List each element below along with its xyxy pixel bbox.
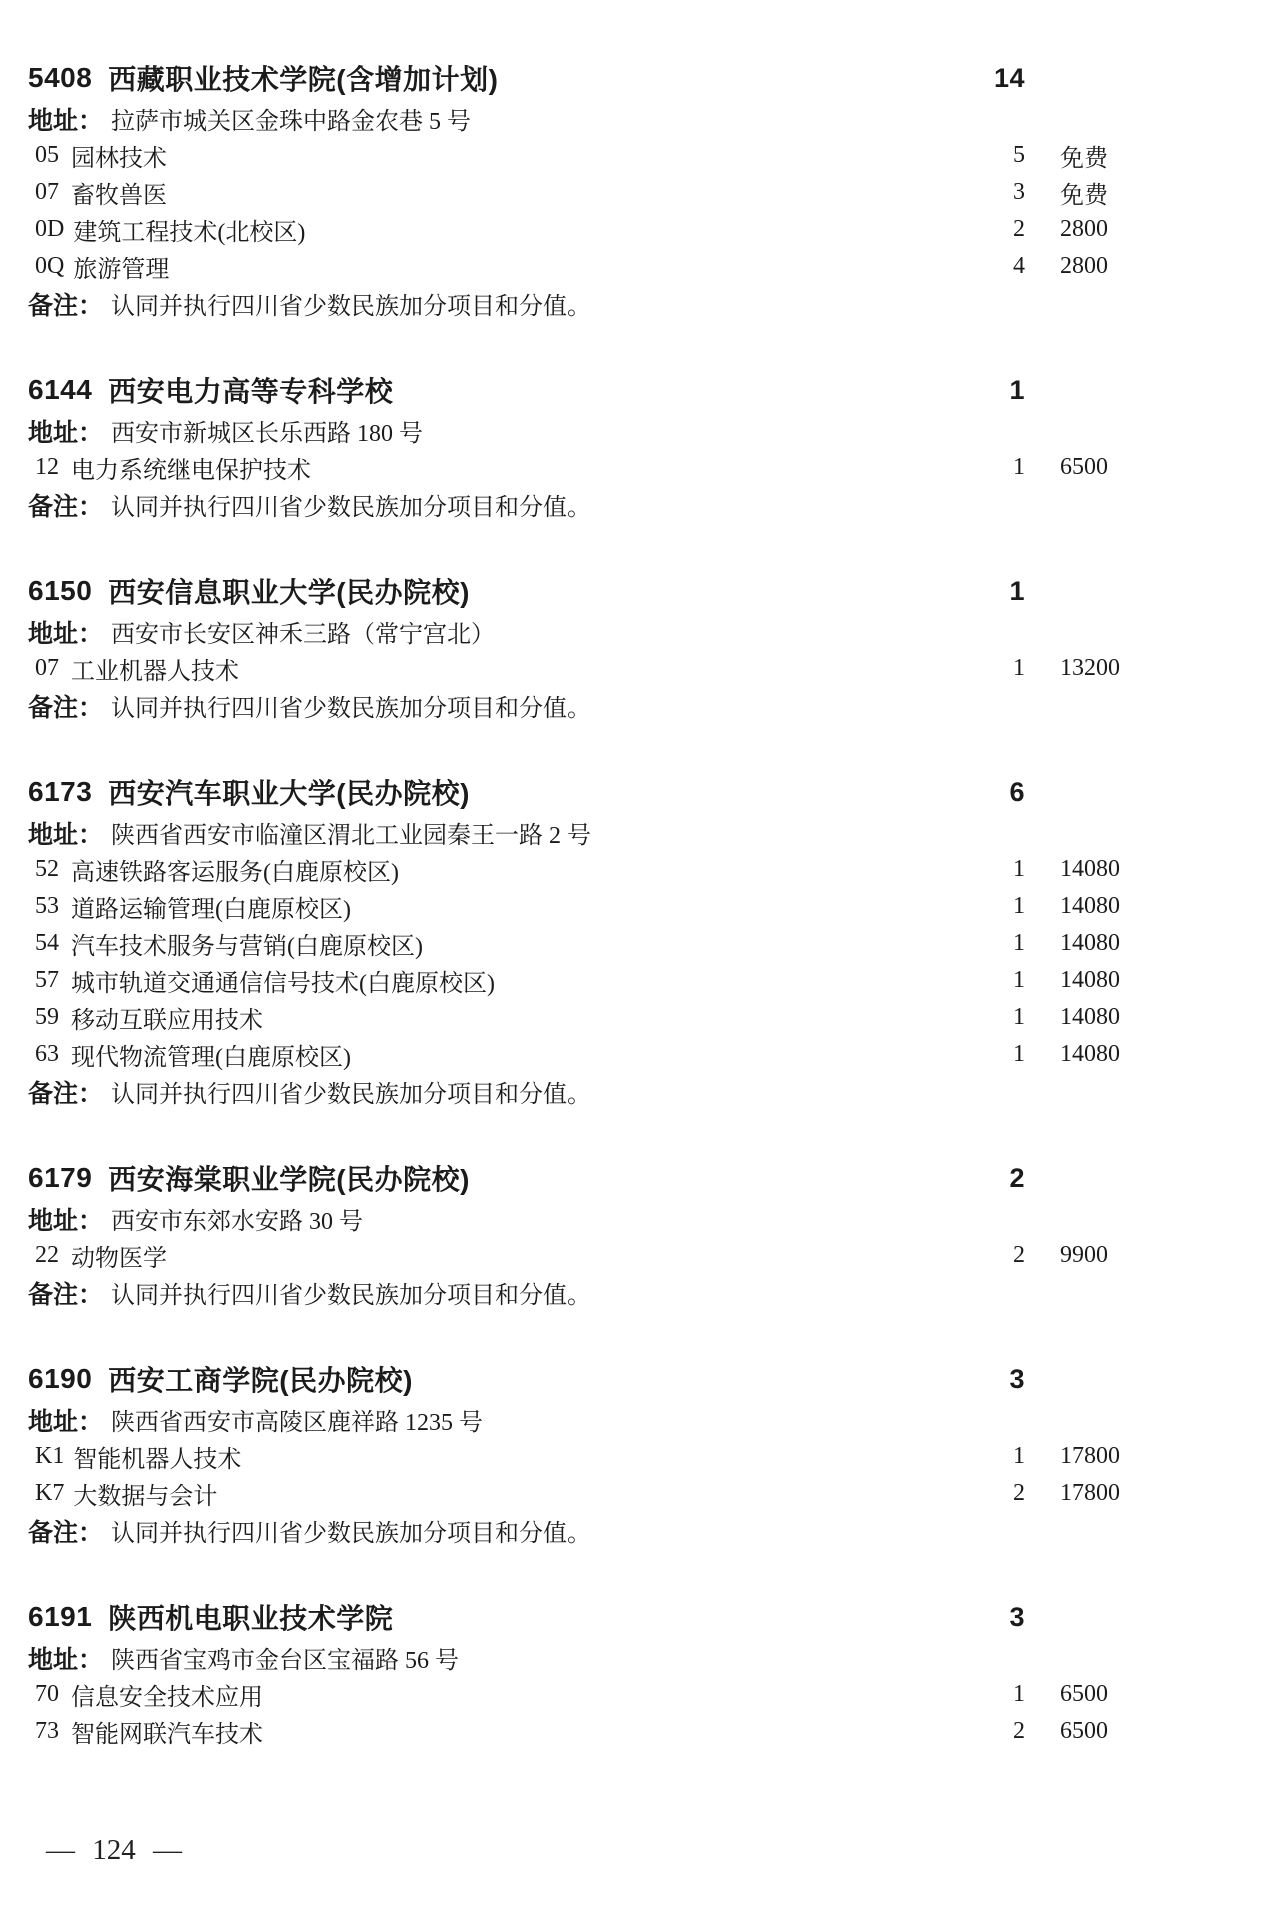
program-code: 59	[35, 1004, 62, 1031]
program-code: 52	[35, 856, 62, 883]
program-fee: 14080	[1060, 856, 1180, 883]
program-name: 城市轨道交通通信信号技术(白鹿原校区)	[71, 963, 495, 998]
program-name: 道路运输管理(白鹿原校区)	[71, 889, 351, 924]
remark-line: 备注： 认同并执行四川省少数民族加分项目和分值。	[0, 1274, 1270, 1311]
program-count: 1	[945, 1004, 1025, 1031]
college-name: 西安电力高等专科学校	[108, 370, 393, 410]
address-label: 地址：	[28, 1201, 103, 1237]
college-address: 西安市长安区神禾三路（常宁宫北）	[111, 614, 495, 649]
program-row: 52 高速铁路客运服务(白鹿原校区) 1 14080	[0, 851, 1270, 888]
page-number: — 124 —	[46, 1834, 182, 1866]
remark-label: 备注：	[28, 1074, 103, 1110]
college-address: 陕西省宝鸡市金台区宝福路 56 号	[111, 1640, 459, 1675]
program-fee: 6500	[1060, 454, 1180, 481]
program-fee: 17800	[1060, 1480, 1180, 1507]
program-name: 电力系统继电保护技术	[71, 450, 311, 485]
program-row: 05 园林技术 5 免费	[0, 137, 1270, 174]
college-section: 6191 陕西机电职业技术学院 3 地址： 陕西省宝鸡市金台区宝福路 56 号 …	[0, 1595, 1270, 1750]
college-address-line: 地址： 陕西省宝鸡市金台区宝福路 56 号	[0, 1639, 1270, 1676]
college-total-count: 3	[945, 1602, 1025, 1633]
program-row: 70 信息安全技术应用 1 6500	[0, 1676, 1270, 1713]
college-total-count: 6	[945, 777, 1025, 808]
college-address-line: 地址： 西安市东郊水安路 30 号	[0, 1200, 1270, 1237]
college-title-line: 6144 西安电力高等专科学校 1	[0, 368, 1270, 412]
program-name: 信息安全技术应用	[71, 1677, 263, 1712]
remark-label: 备注：	[28, 487, 103, 523]
remark-text: 认同并执行四川省少数民族加分项目和分值。	[111, 1513, 591, 1548]
program-code: 63	[35, 1041, 62, 1068]
program-count: 1	[945, 893, 1025, 920]
program-code: 05	[35, 142, 62, 169]
program-name: 智能网联汽车技术	[71, 1714, 263, 1749]
remark-line: 备注： 认同并执行四川省少数民族加分项目和分值。	[0, 1512, 1270, 1549]
program-name: 智能机器人技术	[73, 1439, 241, 1474]
program-fee: 14080	[1060, 967, 1180, 994]
college-title-line: 6150 西安信息职业大学(民办院校) 1	[0, 569, 1270, 613]
college-address-line: 地址： 拉萨市城关区金珠中路金农巷 5 号	[0, 100, 1270, 137]
college-title-line: 6190 西安工商学院(民办院校) 3	[0, 1357, 1270, 1401]
college-total-count: 2	[945, 1163, 1025, 1194]
college-title-line: 6179 西安海棠职业学院(民办院校) 2	[0, 1156, 1270, 1200]
address-label: 地址：	[28, 614, 103, 650]
remark-text: 认同并执行四川省少数民族加分项目和分值。	[111, 286, 591, 321]
college-name: 西安海棠职业学院(民办院校)	[108, 1158, 470, 1198]
program-code: K7	[35, 1480, 64, 1507]
address-label: 地址：	[28, 1402, 103, 1438]
program-count: 2	[945, 216, 1025, 243]
program-fee: 2800	[1060, 253, 1180, 280]
college-title-line: 6191 陕西机电职业技术学院 3	[0, 1595, 1270, 1639]
program-code: 07	[35, 655, 62, 682]
program-row: K7 大数据与会计 2 17800	[0, 1475, 1270, 1512]
program-row: 73 智能网联汽车技术 2 6500	[0, 1713, 1270, 1750]
college-name: 西藏职业技术学院(含增加计划)	[108, 58, 498, 98]
program-count: 1	[945, 1443, 1025, 1470]
college-address: 西安市东郊水安路 30 号	[111, 1201, 363, 1236]
college-address-line: 地址： 西安市长安区神禾三路（常宁宫北）	[0, 613, 1270, 650]
college-code: 6144	[28, 374, 92, 406]
college-address: 陕西省西安市临潼区渭北工业园秦王一路 2 号	[111, 815, 591, 850]
program-fee: 6500	[1060, 1681, 1180, 1708]
college-address: 西安市新城区长乐西路 180 号	[111, 413, 423, 448]
college-total-count: 1	[945, 576, 1025, 607]
program-row: 53 道路运输管理(白鹿原校区) 1 14080	[0, 888, 1270, 925]
remark-text: 认同并执行四川省少数民族加分项目和分值。	[111, 1275, 591, 1310]
college-name: 西安工商学院(民办院校)	[108, 1359, 413, 1399]
program-count: 2	[945, 1480, 1025, 1507]
college-section: 6173 西安汽车职业大学(民办院校) 6 地址： 陕西省西安市临潼区渭北工业园…	[0, 770, 1270, 1110]
address-label: 地址：	[28, 101, 103, 137]
college-code: 6190	[28, 1363, 92, 1395]
college-code: 6150	[28, 575, 92, 607]
program-code: 73	[35, 1718, 62, 1745]
program-row: 0Q 旅游管理 4 2800	[0, 248, 1270, 285]
program-fee: 14080	[1060, 930, 1180, 957]
program-fee: 13200	[1060, 655, 1180, 682]
remark-line: 备注： 认同并执行四川省少数民族加分项目和分值。	[0, 486, 1270, 523]
program-name: 大数据与会计	[73, 1476, 217, 1511]
program-code: 0Q	[35, 253, 64, 280]
remark-label: 备注：	[28, 286, 103, 322]
remark-line: 备注： 认同并执行四川省少数民族加分项目和分值。	[0, 285, 1270, 322]
college-address: 陕西省西安市高陵区鹿祥路 1235 号	[111, 1402, 483, 1437]
remark-label: 备注：	[28, 1513, 103, 1549]
program-count: 4	[945, 253, 1025, 280]
college-address-line: 地址： 陕西省西安市高陵区鹿祥路 1235 号	[0, 1401, 1270, 1438]
college-section: 6144 西安电力高等专科学校 1 地址： 西安市新城区长乐西路 180 号 1…	[0, 368, 1270, 523]
remark-text: 认同并执行四川省少数民族加分项目和分值。	[111, 487, 591, 522]
program-name: 汽车技术服务与营销(白鹿原校区)	[71, 926, 423, 961]
program-fee: 免费	[1060, 175, 1180, 210]
program-row: 63 现代物流管理(白鹿原校区) 1 14080	[0, 1036, 1270, 1073]
program-code: 0D	[35, 216, 64, 243]
program-name: 畜牧兽医	[71, 175, 167, 210]
college-address-line: 地址： 西安市新城区长乐西路 180 号	[0, 412, 1270, 449]
college-title-line: 6173 西安汽车职业大学(民办院校) 6	[0, 770, 1270, 814]
program-fee: 免费	[1060, 138, 1180, 173]
program-count: 5	[945, 142, 1025, 169]
program-row: 22 动物医学 2 9900	[0, 1237, 1270, 1274]
college-code: 5408	[28, 62, 92, 94]
address-label: 地址：	[28, 815, 103, 851]
college-name: 陕西机电职业技术学院	[108, 1597, 393, 1637]
college-section: 6179 西安海棠职业学院(民办院校) 2 地址： 西安市东郊水安路 30 号 …	[0, 1156, 1270, 1311]
college-address: 拉萨市城关区金珠中路金农巷 5 号	[111, 101, 471, 136]
program-count: 2	[945, 1718, 1025, 1745]
page-footer: — 124 —	[46, 1834, 182, 1867]
program-name: 旅游管理	[73, 249, 169, 284]
program-name: 工业机器人技术	[71, 651, 239, 686]
program-count: 1	[945, 1681, 1025, 1708]
sections-container: 5408 西藏职业技术学院(含增加计划) 14 地址： 拉萨市城关区金珠中路金农…	[0, 56, 1270, 1796]
document-page: 5408 西藏职业技术学院(含增加计划) 14 地址： 拉萨市城关区金珠中路金农…	[0, 0, 1270, 1911]
program-count: 1	[945, 1041, 1025, 1068]
program-fee: 6500	[1060, 1718, 1180, 1745]
remark-label: 备注：	[28, 688, 103, 724]
college-total-count: 14	[945, 63, 1025, 94]
remark-text: 认同并执行四川省少数民族加分项目和分值。	[111, 1074, 591, 1109]
program-count: 3	[945, 179, 1025, 206]
program-code: 12	[35, 454, 62, 481]
program-row: 59 移动互联应用技术 1 14080	[0, 999, 1270, 1036]
program-fee: 14080	[1060, 893, 1180, 920]
program-count: 1	[945, 930, 1025, 957]
program-code: 22	[35, 1242, 62, 1269]
program-name: 建筑工程技术(北校区)	[73, 212, 305, 247]
program-fee: 14080	[1060, 1004, 1180, 1031]
program-count: 1	[945, 454, 1025, 481]
remark-line: 备注： 认同并执行四川省少数民族加分项目和分值。	[0, 687, 1270, 724]
college-code: 6191	[28, 1601, 92, 1633]
college-title-line: 5408 西藏职业技术学院(含增加计划) 14	[0, 56, 1270, 100]
college-name: 西安信息职业大学(民办院校)	[108, 571, 470, 611]
college-name: 西安汽车职业大学(民办院校)	[108, 772, 470, 812]
program-row: 07 畜牧兽医 3 免费	[0, 174, 1270, 211]
program-row: K1 智能机器人技术 1 17800	[0, 1438, 1270, 1475]
program-name: 移动互联应用技术	[71, 1000, 263, 1035]
program-code: K1	[35, 1443, 64, 1470]
program-row: 07 工业机器人技术 1 13200	[0, 650, 1270, 687]
program-row: 12 电力系统继电保护技术 1 6500	[0, 449, 1270, 486]
program-fee: 9900	[1060, 1242, 1180, 1269]
remark-text: 认同并执行四川省少数民族加分项目和分值。	[111, 688, 591, 723]
college-section: 5408 西藏职业技术学院(含增加计划) 14 地址： 拉萨市城关区金珠中路金农…	[0, 56, 1270, 322]
program-code: 57	[35, 967, 62, 994]
program-fee: 2800	[1060, 216, 1180, 243]
college-total-count: 3	[945, 1364, 1025, 1395]
program-fee: 14080	[1060, 1041, 1180, 1068]
college-address-line: 地址： 陕西省西安市临潼区渭北工业园秦王一路 2 号	[0, 814, 1270, 851]
program-row: 54 汽车技术服务与营销(白鹿原校区) 1 14080	[0, 925, 1270, 962]
program-name: 现代物流管理(白鹿原校区)	[71, 1037, 351, 1072]
remark-line: 备注： 认同并执行四川省少数民族加分项目和分值。	[0, 1073, 1270, 1110]
program-count: 1	[945, 655, 1025, 682]
college-code: 6179	[28, 1162, 92, 1194]
program-name: 园林技术	[71, 138, 167, 173]
college-section: 6150 西安信息职业大学(民办院校) 1 地址： 西安市长安区神禾三路（常宁宫…	[0, 569, 1270, 724]
program-count: 1	[945, 967, 1025, 994]
program-count: 1	[945, 856, 1025, 883]
program-code: 07	[35, 179, 62, 206]
address-label: 地址：	[28, 413, 103, 449]
college-section: 6190 西安工商学院(民办院校) 3 地址： 陕西省西安市高陵区鹿祥路 123…	[0, 1357, 1270, 1549]
program-row: 0D 建筑工程技术(北校区) 2 2800	[0, 211, 1270, 248]
college-code: 6173	[28, 776, 92, 808]
program-count: 2	[945, 1242, 1025, 1269]
program-name: 动物医学	[71, 1238, 167, 1273]
program-code: 53	[35, 893, 62, 920]
program-row: 57 城市轨道交通通信信号技术(白鹿原校区) 1 14080	[0, 962, 1270, 999]
program-name: 高速铁路客运服务(白鹿原校区)	[71, 852, 399, 887]
program-code: 70	[35, 1681, 62, 1708]
program-code: 54	[35, 930, 62, 957]
college-total-count: 1	[945, 375, 1025, 406]
remark-label: 备注：	[28, 1275, 103, 1311]
program-fee: 17800	[1060, 1443, 1180, 1470]
address-label: 地址：	[28, 1640, 103, 1676]
